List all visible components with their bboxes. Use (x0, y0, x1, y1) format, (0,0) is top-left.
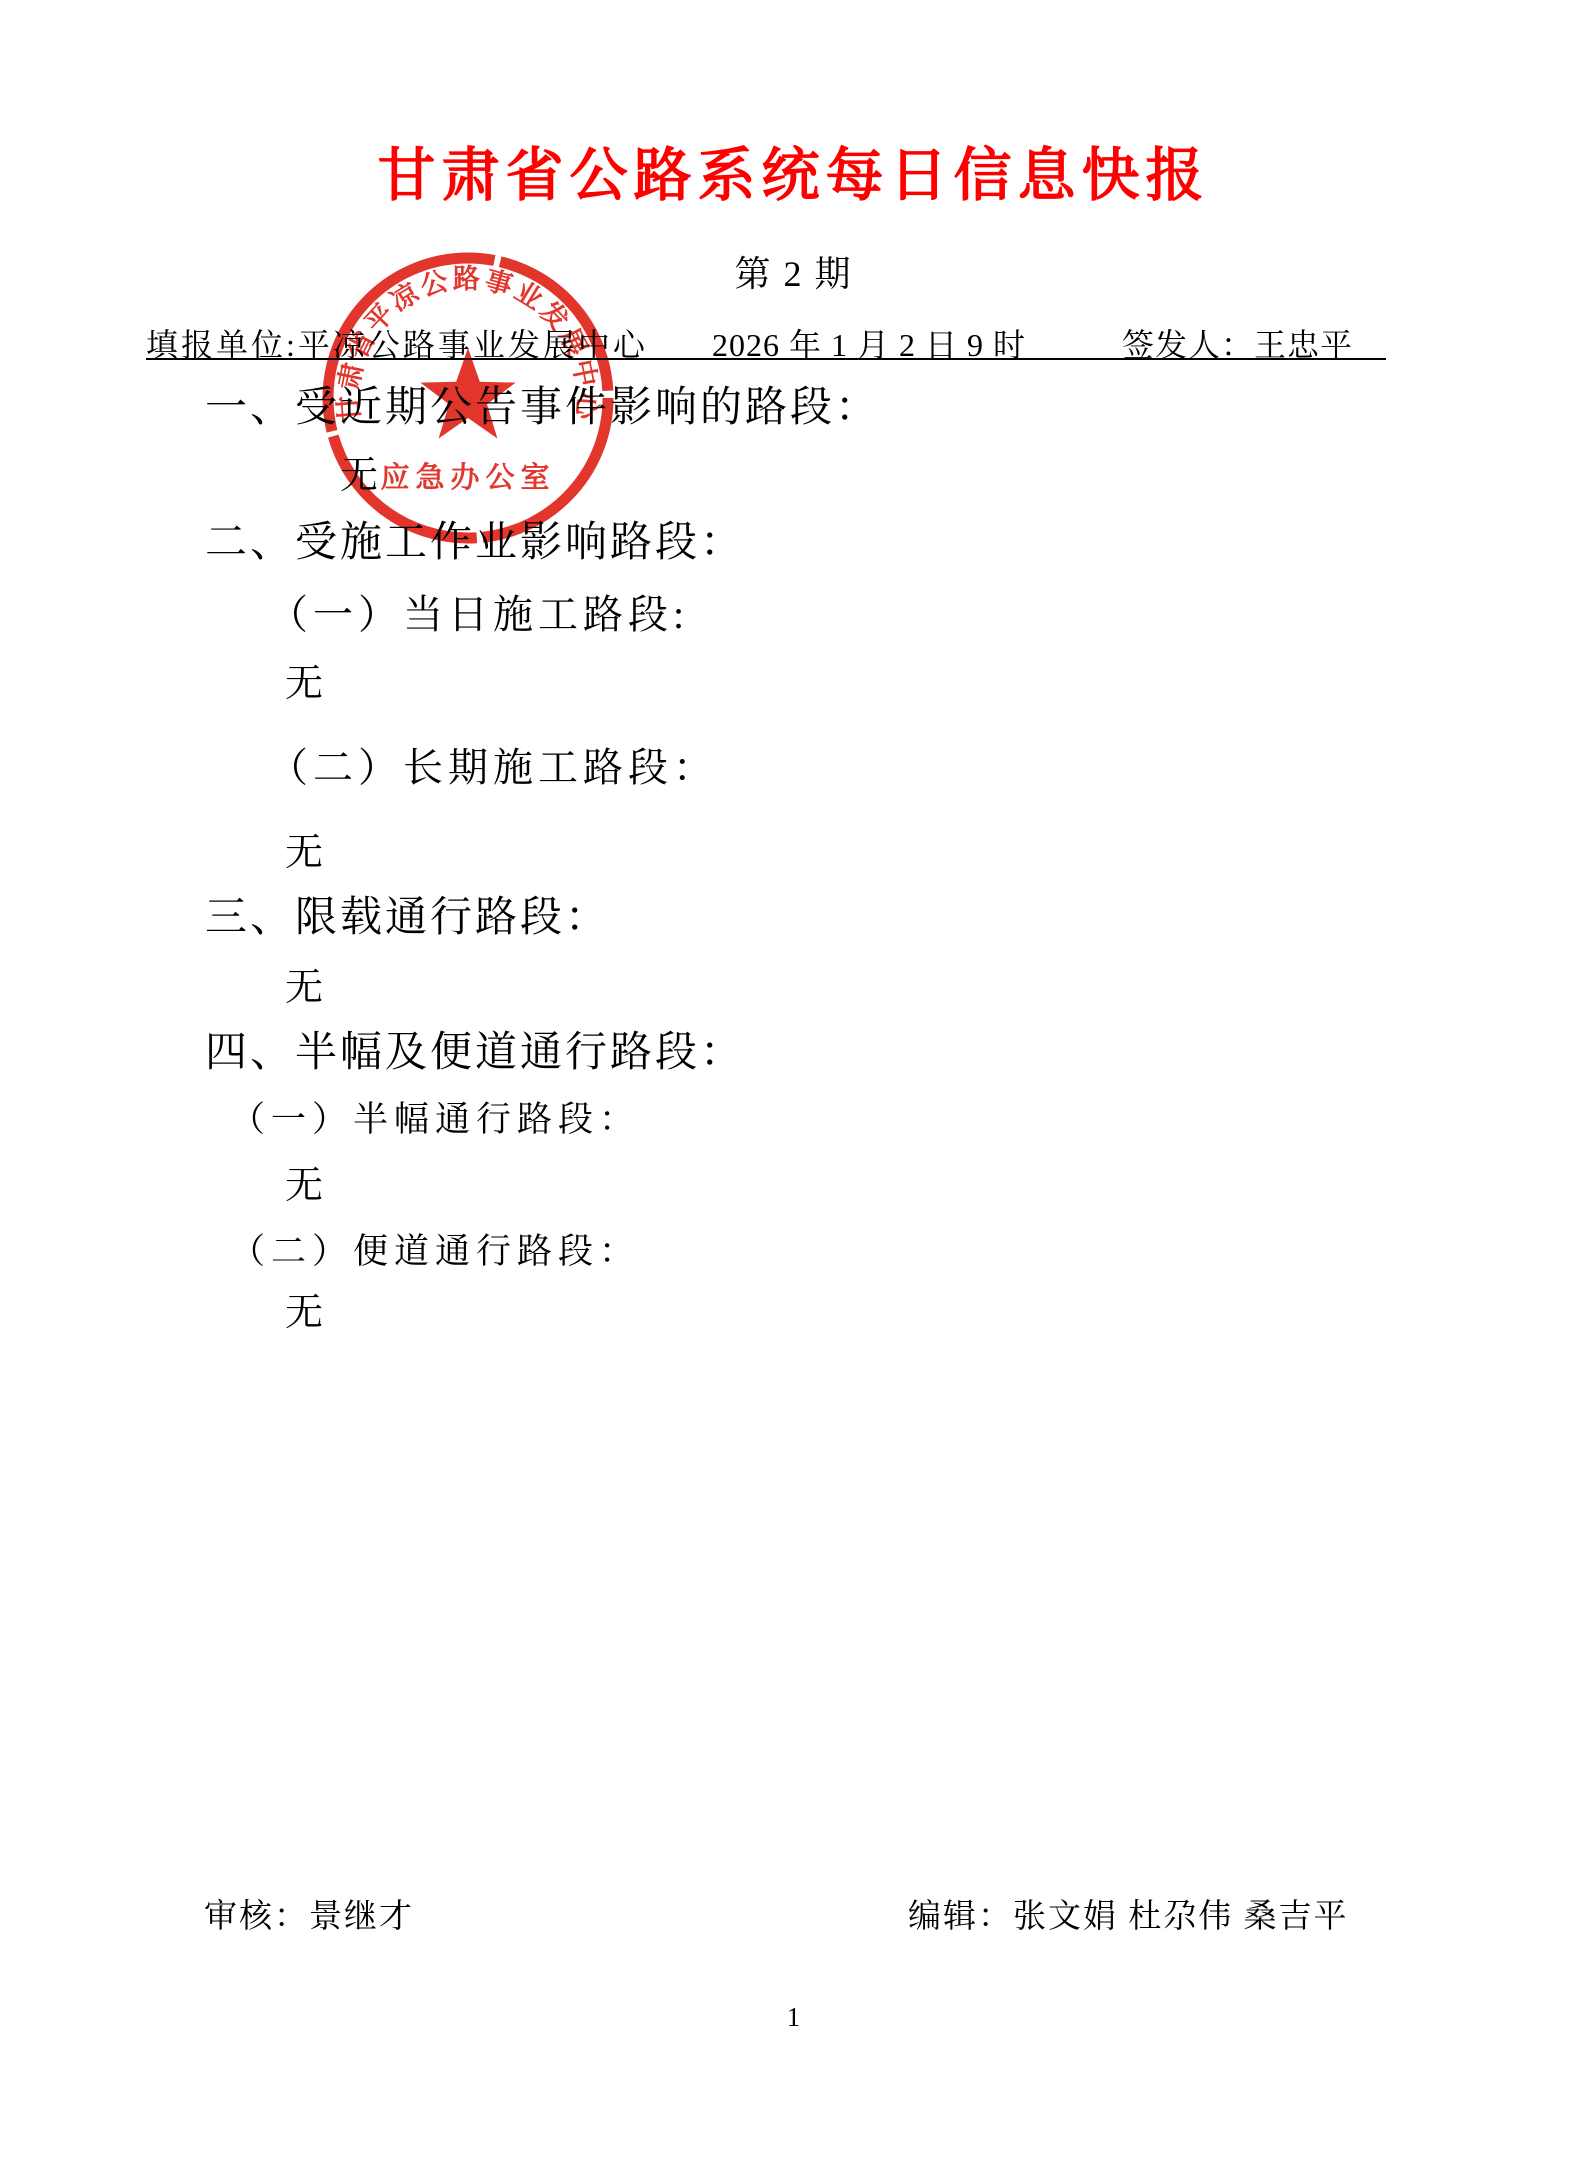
document-page: 甘肃省公路系统每日信息快报 第 2 期 填报单位:平凉公路事业发展中心 2026… (0, 0, 1587, 2165)
issue-number: 第 2 期 (0, 246, 1587, 297)
official-seal-stamp: 甘肃省平凉公路事业发展中心 应急办公室 (321, 251, 615, 545)
section-4-item-2-heading: （二）便道通行路段： (230, 1224, 640, 1274)
section-4-item-1-value: 无 (285, 1154, 323, 1209)
section-4-item-1-heading: （一）半幅通行路段： (230, 1092, 640, 1142)
section-2-item-1-heading: （一）当日施工路段: (268, 583, 689, 640)
reviewer-value: 景继才 (309, 1899, 414, 1935)
page-title: 甘肃省公路系统每日信息快报 (0, 128, 1587, 212)
section-3-value: 无 (285, 956, 323, 1011)
section-3-heading: 三、限载通行路段： (205, 884, 610, 944)
stamp-bottom-text: 应急办公室 (380, 460, 555, 494)
section-2-item-2-value: 无 (285, 821, 323, 876)
section-4-item-2-value: 无 (285, 1281, 323, 1336)
section-2-item-1-value: 无 (285, 652, 323, 707)
editors-value: 张文娟 杜尕伟 桑吉平 (1013, 1899, 1349, 1935)
footer-reviewer: 审核：景继才 (204, 1890, 414, 1937)
section-4-heading: 四、半幅及便道通行路段： (205, 1019, 745, 1079)
reviewer-label: 审核： (204, 1899, 309, 1935)
stamp-star-icon (420, 348, 515, 439)
footer-editors: 编辑：张文娟 杜尕伟 桑吉平 (908, 1890, 1349, 1937)
editors-label: 编辑： (908, 1899, 1013, 1935)
page-number: 1 (0, 2002, 1587, 2033)
section-2-item-2-heading: （二）长期施工路段： (268, 736, 718, 793)
